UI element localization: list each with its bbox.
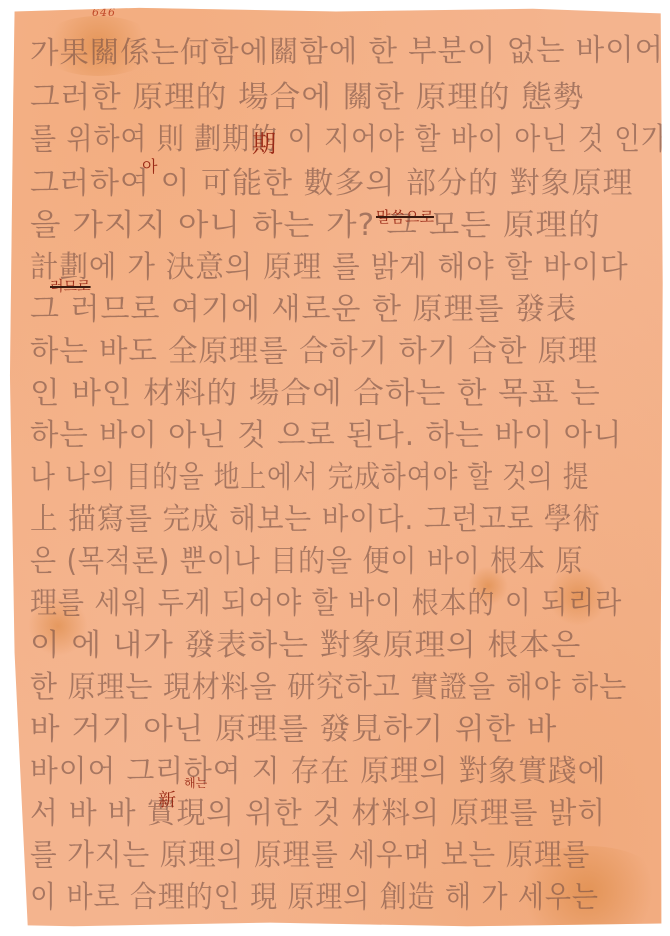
text-line: 하는 바이 아닌 것 으로 된다. 하는 바이 아니 <box>30 410 622 454</box>
text-line: 上 描寫를 完成 해보는 바이다. 그런고로 學術 <box>30 494 601 538</box>
text-line: 그러하여 이 可能한 數多의 部分的 對象原理 <box>30 158 634 202</box>
text-line: 그러한 原理的 場合에 關한 原理的 態勢 <box>30 72 584 116</box>
struck-annotation: 러므로 <box>50 276 91 296</box>
text-line: 나 나의 目的을 地上에서 完成하여야 할 것의 提 <box>30 452 589 496</box>
text-line: 바이어 그리하여 지 存在 原理의 對象實踐에 <box>30 746 606 790</box>
text-line: 그 러므로 여기에 새로운 한 原理를 發表 <box>30 284 577 328</box>
text-line: 하는 바도 全原理를 合하기 하기 合한 原理 <box>30 326 598 370</box>
text-line: 이 바로 合理的인 現 原理의 創造 해 가 세우는 <box>30 872 599 916</box>
text-line: 은 (목적론) 뿐이나 目的을 便이 바이 根本 原 <box>30 536 583 580</box>
text-line: 인 바인 材料的 場合에 合하는 한 목표 는 <box>30 368 601 412</box>
text-line: 를 가지는 原理의 原理를 세우며 보는 原理를 <box>30 830 590 874</box>
page-number: 646 <box>92 6 116 19</box>
text-line: 바 거기 아닌 原理를 發見하기 위한 바 <box>30 704 557 748</box>
red-annotation: 新 <box>158 786 176 812</box>
text-line: 計劃에 가 決意의 原理 를 밝게 해야 할 바이다 <box>30 242 629 286</box>
text-line: 을 가지지 아니 하는 가? 그 모든 原理的 <box>30 200 601 244</box>
text-line: 서 바 바 實現의 위한 것 材料의 原理를 밝히 <box>30 788 606 832</box>
text-line: 를 위하여 則 劃期的 이 지어야 할 바이 아닌 것 인가? <box>30 114 670 158</box>
text-line: 理를 세워 두게 되어야 할 바이 根本的 이 되리라 <box>30 578 622 622</box>
red-annotation: 해는 <box>184 774 207 791</box>
red-annotation: 期 <box>252 124 276 159</box>
struck-annotation: 말씀으로 <box>376 206 434 227</box>
manuscript-page: 646 가果關係는何함에關함에 한 부분이 없는 바이어 그러한 原理的 場合에… <box>8 6 664 930</box>
text-line: 가果關係는何함에關함에 한 부분이 없는 바이어 <box>30 25 664 72</box>
text-line: 이 에 내가 發表하는 對象原理의 根本은 <box>30 620 581 664</box>
red-annotation: 아 <box>142 154 157 177</box>
text-line: 한 原理는 現材料을 研究하고 實證을 해야 하는 <box>30 662 627 706</box>
